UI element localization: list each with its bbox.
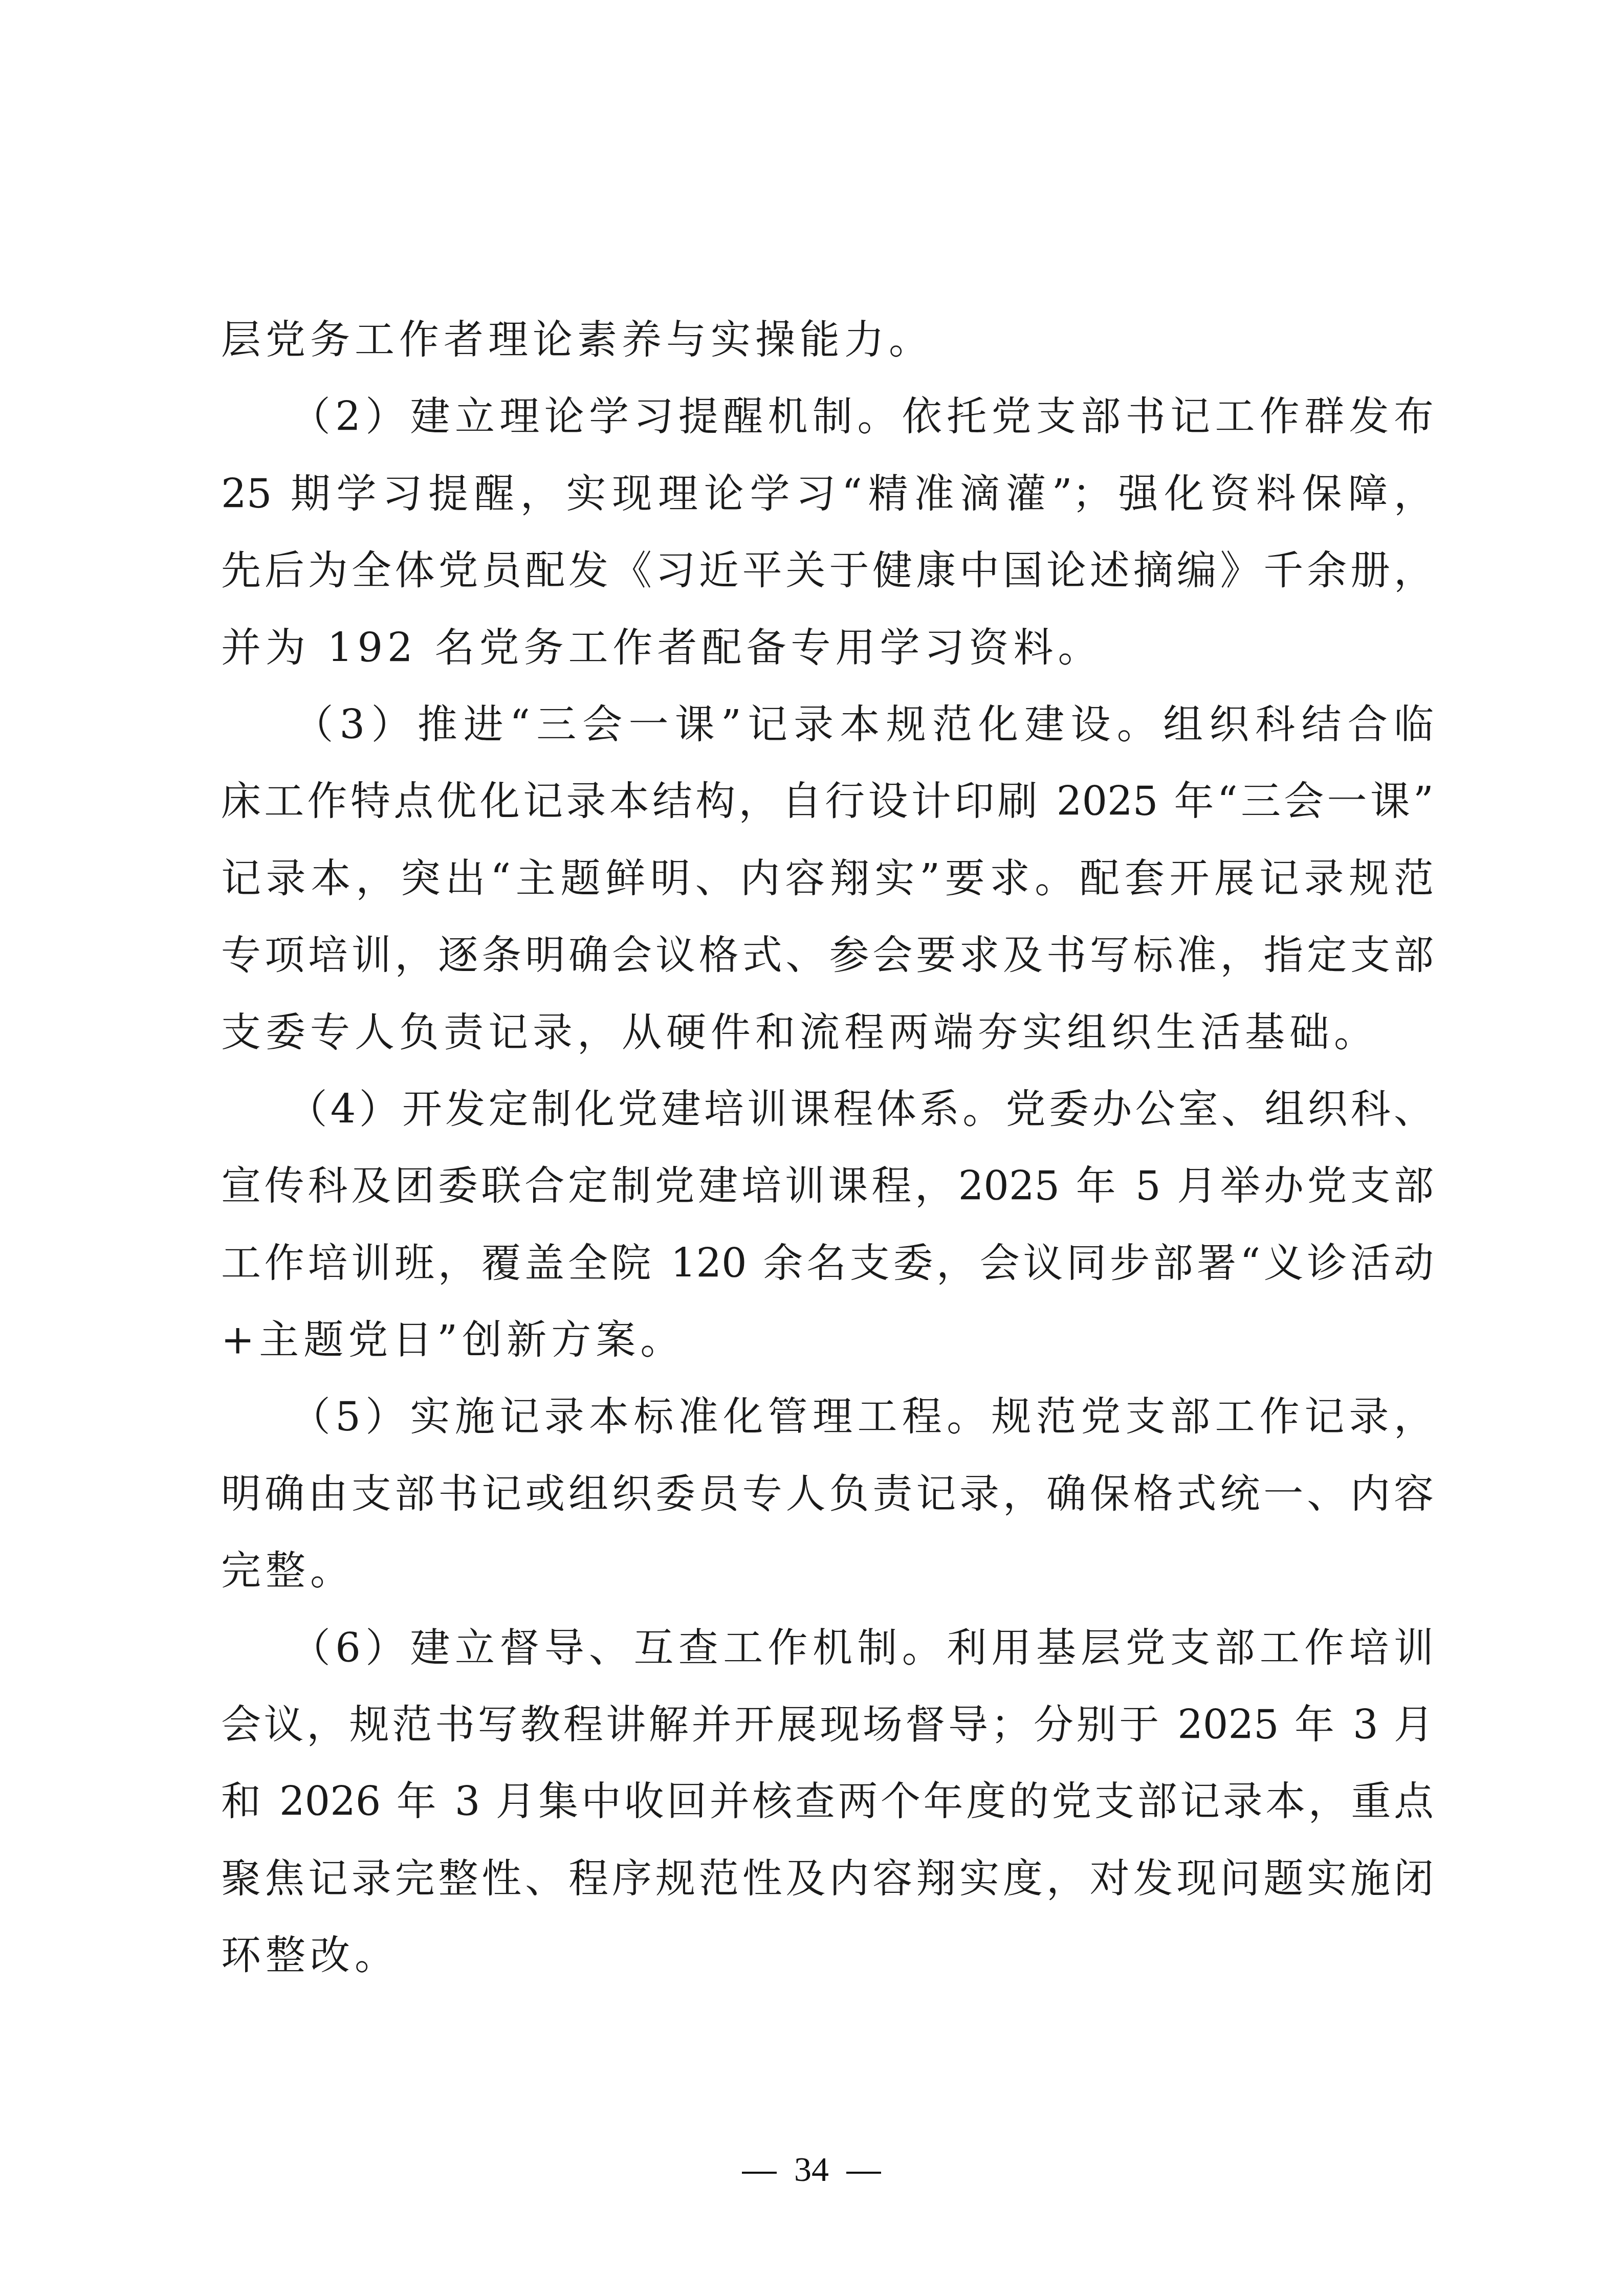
text-line: 完整。 (221, 1533, 1434, 1609)
text-line: 明确由支部书记或组织委员专人负责记录，确保格式统一、内容 (221, 1456, 1434, 1533)
text-line: 支委专人负责记录，从硬件和流程两端夯实组织生活基础。 (221, 995, 1434, 1071)
text-line: 宣传科及团委联合定制党建培训课程，2025 年 5 月举办党支部 (221, 1148, 1434, 1225)
text-line: （4）开发定制化党建培训课程体系。党委办公室、组织科、 (221, 1071, 1434, 1148)
text-line: （5）实施记录本标准化管理工程。规范党支部工作记录， (221, 1379, 1434, 1455)
text-line: 先后为全体党员配发《习近平关于健康中国论述摘编》千余册， (221, 533, 1434, 609)
text-line: 环整改。 (221, 1917, 1434, 1994)
text-line: （6）建立督导、互查工作机制。利用基层党支部工作培训 (221, 1610, 1434, 1687)
body-text: 层党务工作者理论素养与实操能力。 （2）建立理论学习提醒机制。依托党支部书记工作… (221, 302, 1434, 1995)
text-line: 聚焦记录完整性、程序规范性及内容翔实度，对发现问题实施闭 (221, 1841, 1434, 1917)
text-line: （3）推进“三会一课”记录本规范化建设。组织科结合临 (221, 687, 1434, 763)
text-line: 工作培训班，覆盖全院 120 余名支委，会议同步部署“义诊活动 (221, 1225, 1434, 1302)
page-number-value: 34 (794, 2150, 829, 2189)
page-number: 34 (0, 2144, 1623, 2195)
text-line: 记录本，突出“主题鲜明、内容翔实”要求。配套开展记录规范 (221, 841, 1434, 917)
text-line: 和 2026 年 3 月集中收回并核查两个年度的党支部记录本，重点 (221, 1763, 1434, 1840)
text-line: 床工作特点优化记录本结构，自行设计印刷 2025 年“三会一课” (221, 763, 1434, 840)
text-line: 层党务工作者理论素养与实操能力。 (221, 302, 1434, 379)
text-line: 25 期学习提醒，实现理论学习“精准滴灌”；强化资料保障， (221, 456, 1434, 533)
text-line: （2）建立理论学习提醒机制。依托党支部书记工作群发布 (221, 379, 1434, 455)
text-line: 专项培训，逐条明确会议格式、参会要求及书写标准，指定支部 (221, 917, 1434, 994)
text-line: +主题党日”创新方案。 (221, 1302, 1434, 1379)
text-line: 并为 192 名党务工作者配备专用学习资料。 (221, 610, 1434, 687)
text-line: 会议，规范书写教程讲解并开展现场督导；分别于 2025 年 3 月 (221, 1687, 1434, 1763)
document-page: 层党务工作者理论素养与实操能力。 （2）建立理论学习提醒机制。依托党支部书记工作… (0, 0, 1623, 2296)
dash-left (742, 2172, 777, 2174)
dash-right (846, 2172, 881, 2174)
